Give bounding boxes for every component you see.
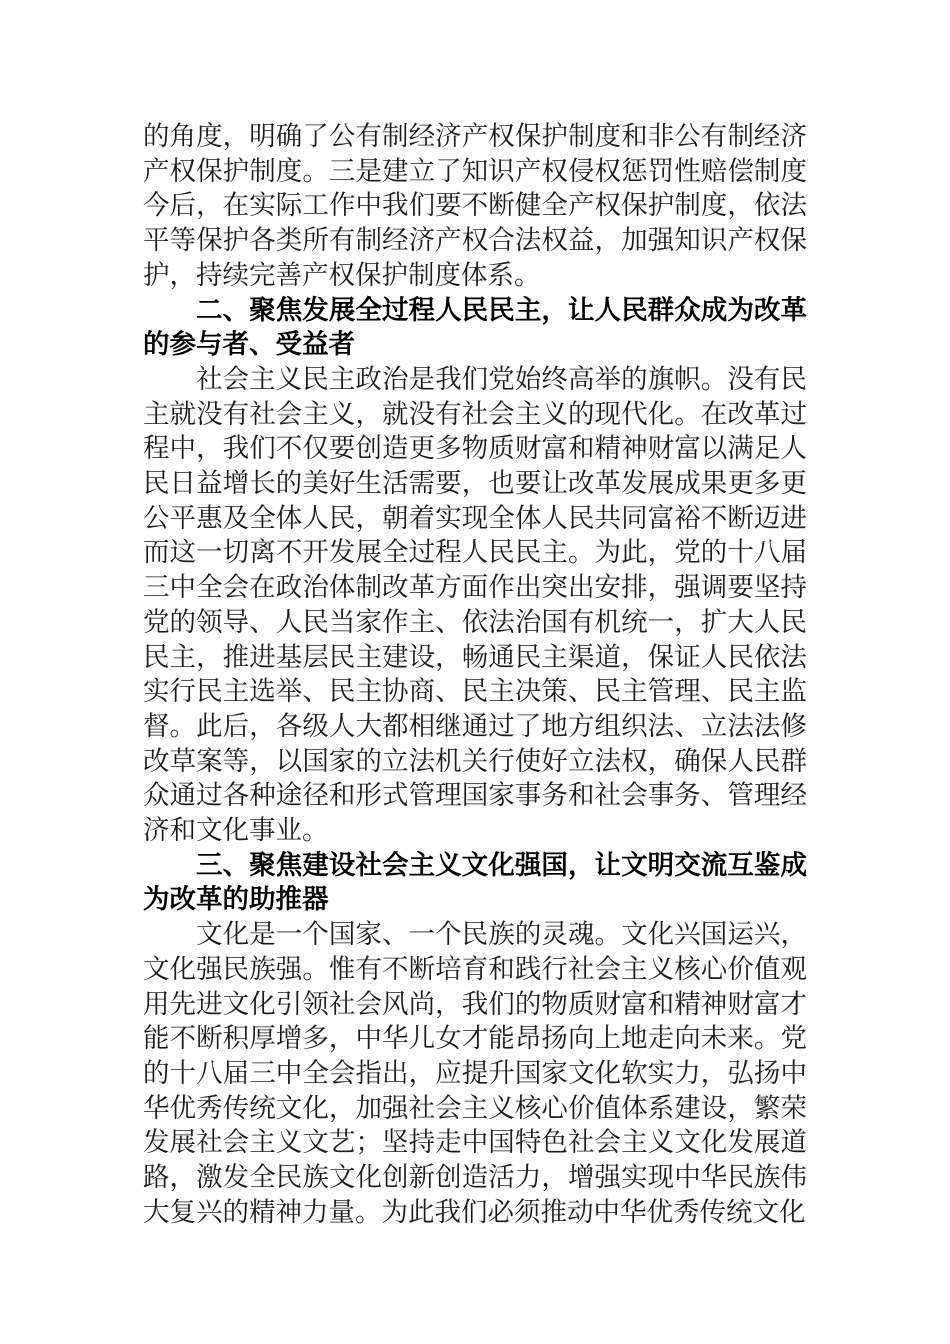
heading-section-2-people-democracy: 二、聚焦发展全过程人民民主，让人民群众成为改革的参与者、受益者 — [143, 293, 807, 362]
document-page: 的角度，明确了公有制经济产权保护制度和非公有制经济产权保护制度。三是建立了知识产… — [0, 0, 950, 1344]
heading-section-3-culture-power: 三、聚焦建设社会主义文化强国，让文明交流互鉴成为改革的助推器 — [143, 848, 807, 917]
paragraph-property-rights-continuation: 的角度，明确了公有制经济产权保护制度和非公有制经济产权保护制度。三是建立了知识产… — [143, 119, 807, 293]
paragraph-socialist-democracy: 社会主义民主政治是我们党始终高举的旗帜。没有民主就没有社会主义，就没有社会主义的… — [143, 362, 807, 848]
paragraph-culture-nation-soul: 文化是一个国家、一个民族的灵魂。文化兴国运兴，文化强民族强。惟有不断培育和践行社… — [143, 917, 807, 1229]
page-text-area: 的角度，明确了公有制经济产权保护制度和非公有制经济产权保护制度。三是建立了知识产… — [143, 119, 807, 1230]
